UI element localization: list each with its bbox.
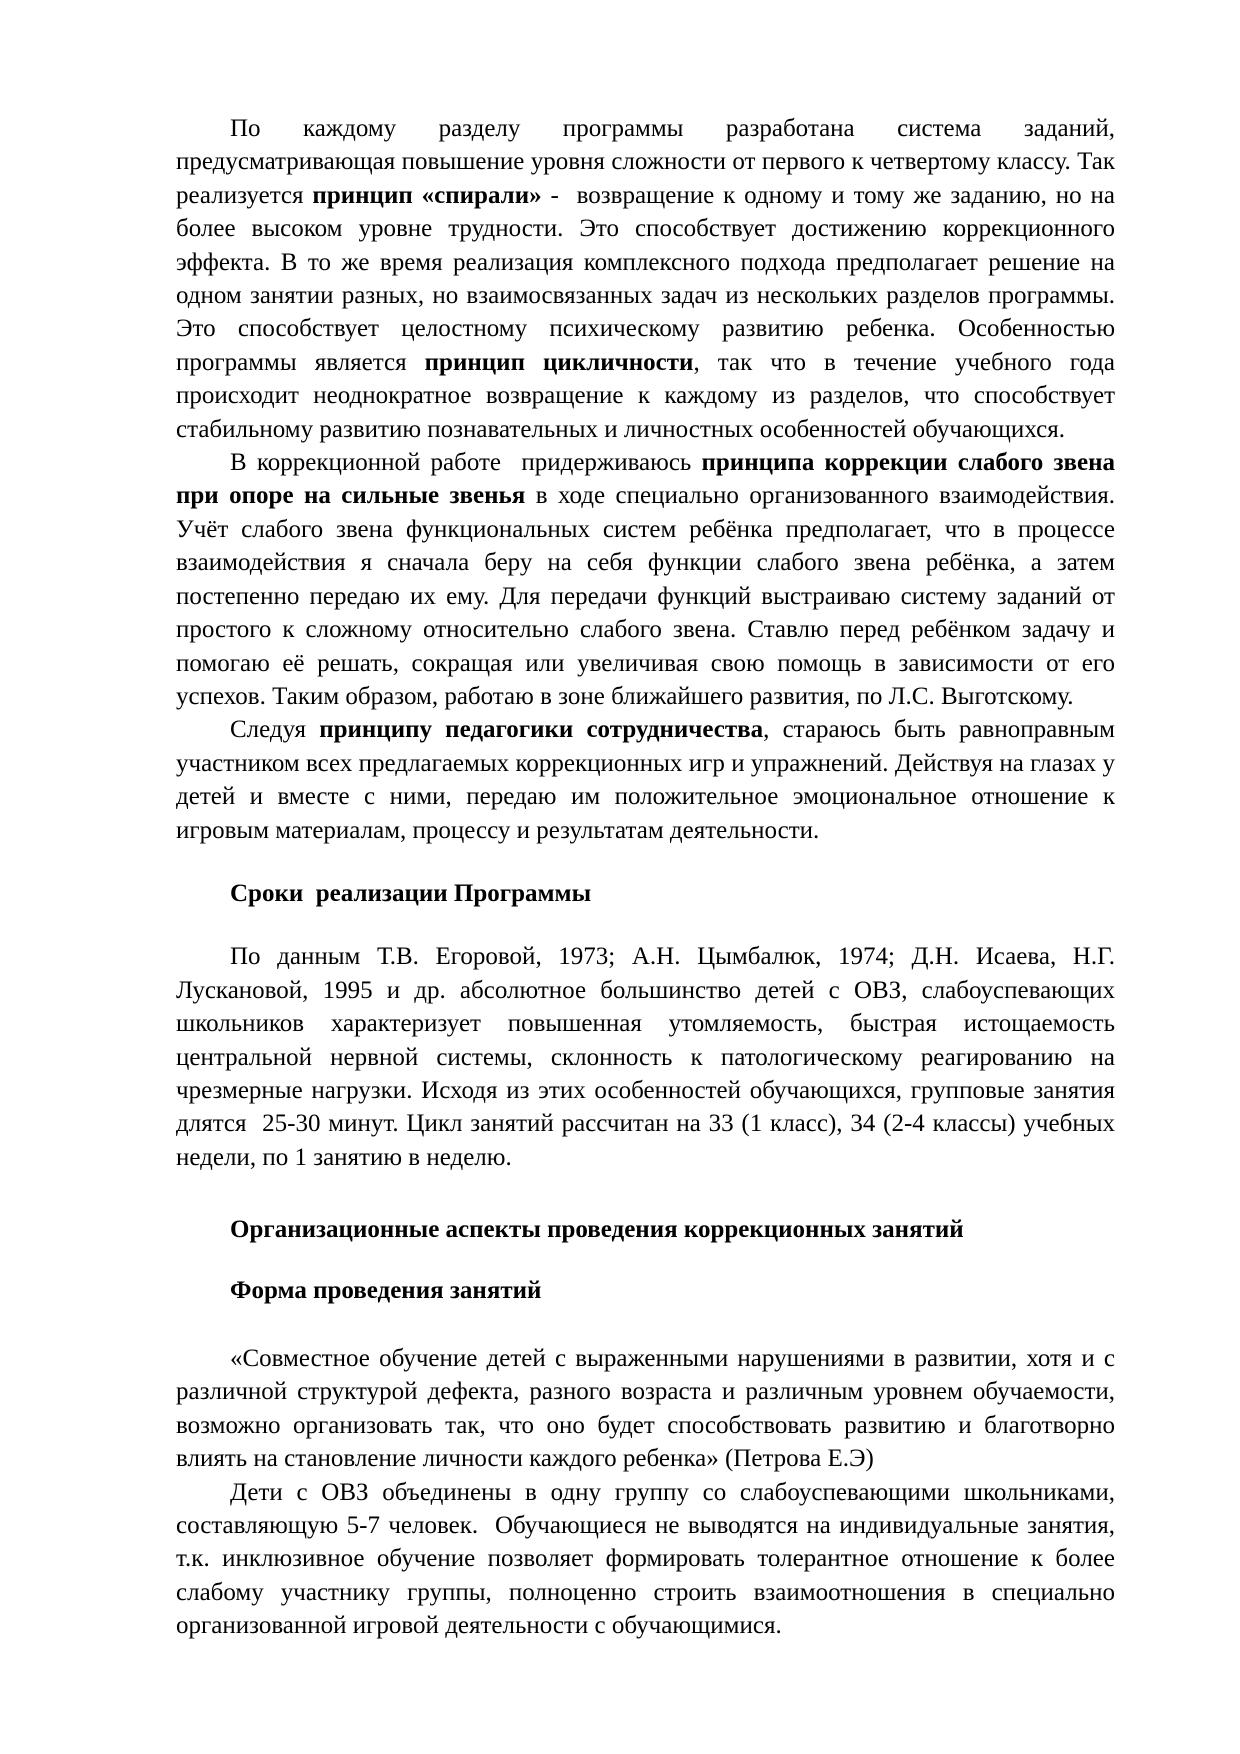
paragraph-joint-education-quote: «Совместное обучение детей с выраженными… — [176, 1342, 1115, 1476]
text-run: В коррекционной работе придерживаюсь — [230, 449, 702, 476]
text-run: Дети с ОВЗ объединены в одну группу со с… — [176, 1479, 1121, 1640]
text-run-bold: принцип цикличности — [425, 349, 694, 376]
text-run: - возвращение к одному и тому же заданию… — [176, 182, 1121, 376]
text-run-bold: принцип «спирали» — [312, 182, 541, 209]
text-run: «Совместное обучение детей с выраженными… — [176, 1345, 1121, 1472]
text-run: Следуя — [230, 716, 319, 743]
document-page: По каждому разделу программы разработана… — [0, 0, 1240, 1754]
heading-lesson-format: Форма проведения занятий — [176, 1274, 1115, 1307]
heading-program-timeline: Сроки реализации Программы — [176, 877, 1115, 910]
paragraph-cooperation-principle: Следуя принципу педагогики сотрудничеств… — [176, 713, 1115, 847]
text-run-bold: принципу педагогики сотрудничества — [319, 716, 763, 743]
paragraph-weak-link-principle: В коррекционной работе придерживаюсь при… — [176, 446, 1115, 713]
heading-organizational-aspects: Организационные аспекты проведения корре… — [176, 1213, 1115, 1246]
text-run: в ходе специально организованного взаимо… — [176, 482, 1121, 709]
paragraph-spiral-principle: По каждому разделу программы разработана… — [176, 112, 1115, 446]
document-content: По каждому разделу программы разработана… — [176, 112, 1115, 1643]
paragraph-program-timeline-details: По данным Т.В. Егоровой, 1973; А.Н. Цымб… — [176, 940, 1115, 1174]
text-run: По данным Т.В. Егоровой, 1973; А.Н. Цымб… — [176, 943, 1121, 1170]
paragraph-group-composition: Дети с ОВЗ объединены в одну группу со с… — [176, 1476, 1115, 1643]
